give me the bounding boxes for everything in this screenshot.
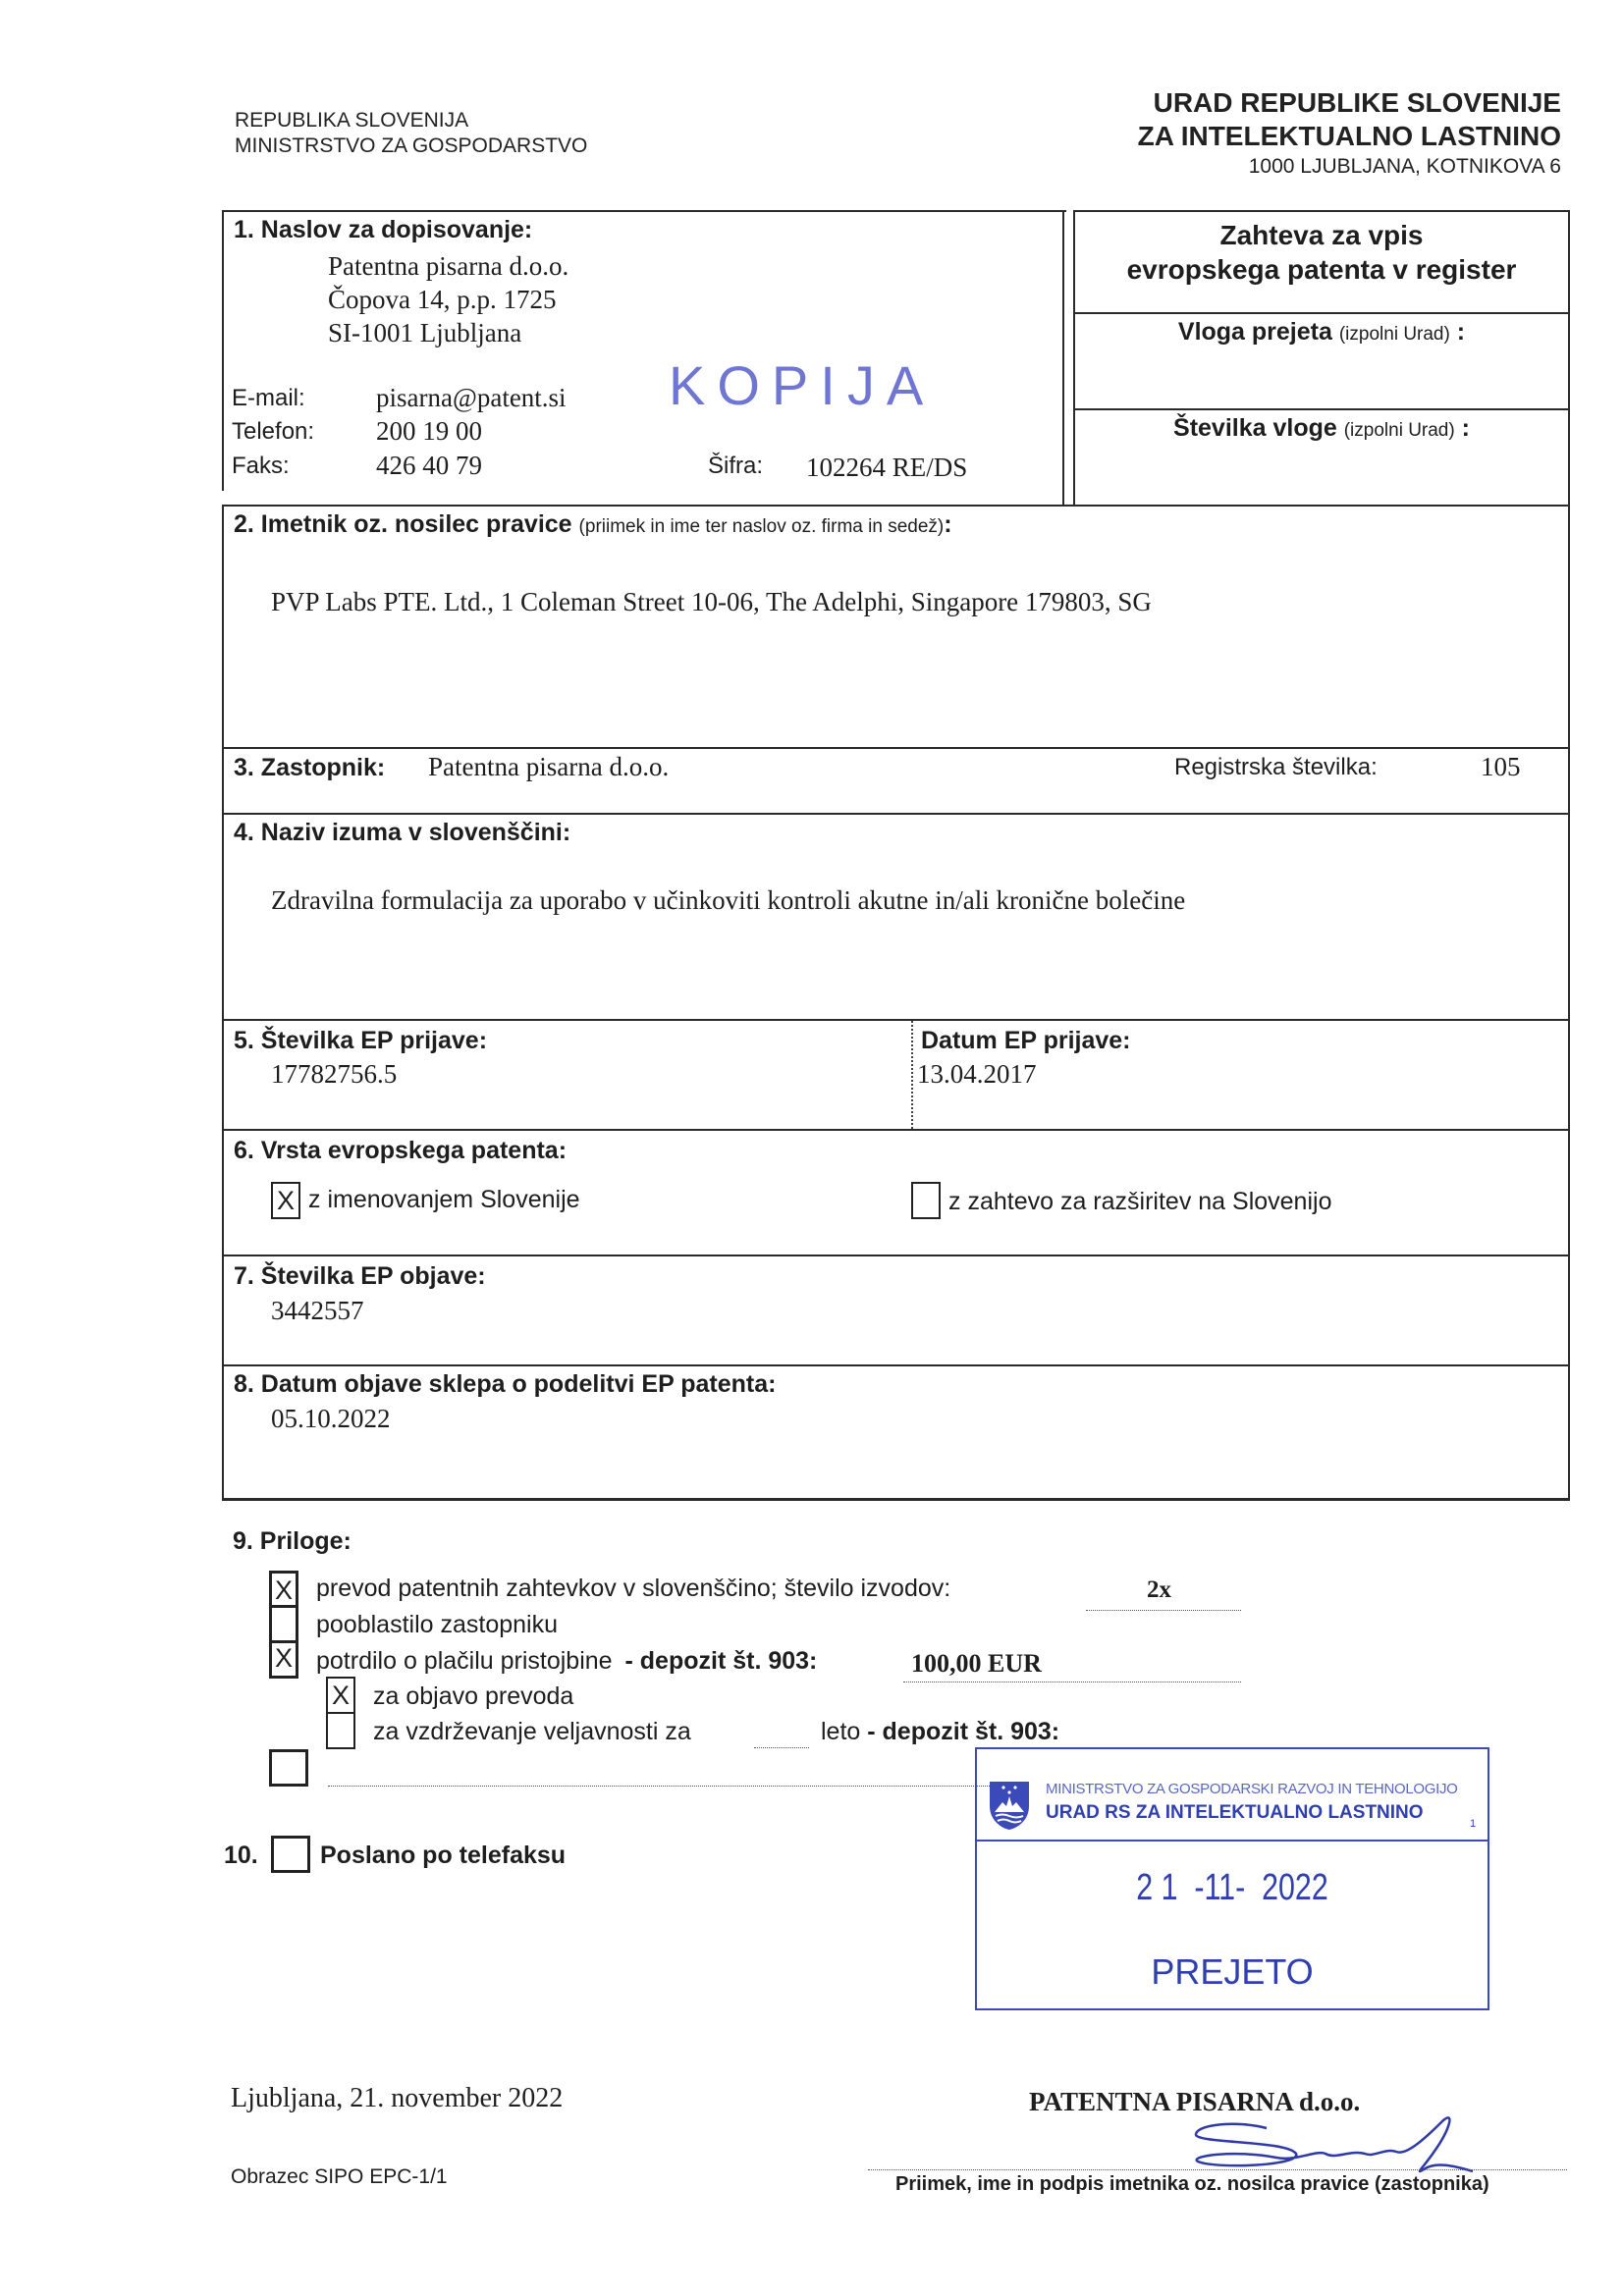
years-field[interactable] — [754, 1747, 809, 1748]
checkbox-designation-slovenia[interactable]: X — [271, 1182, 300, 1219]
office-name-line2: ZA INTELEKTUALNO LASTNINO — [1138, 120, 1561, 153]
place-and-date: Ljubljana, 21. november 2022 — [231, 2083, 563, 2114]
translation-publication-label: za objavo prevoda — [373, 1682, 573, 1711]
copy-stamp: KOPIJA — [669, 353, 935, 417]
application-number-field[interactable]: Številka vloge (izpolni Urad) : — [1075, 414, 1568, 443]
fee-deposit-label: - depozit št. 903: — [625, 1647, 818, 1675]
signature-caption: Priimek, ime in podpis imetnika oz. nosi… — [895, 2173, 1489, 2196]
section-2-note: (priimek in ime ter naslov oz. firma in … — [579, 516, 945, 537]
received-stamp: MINISTRSTVO ZA GOSPODARSKI RAZVOJ IN TEH… — [975, 1747, 1489, 2010]
ep-application-date: 13.04.2017 — [917, 1059, 1037, 1090]
republic-name: REPUBLIKA SLOVENIJA — [235, 108, 587, 133]
checkbox-other-attachment[interactable] — [269, 1749, 308, 1787]
power-of-attorney-label: pooblastilo zastopniku — [316, 1611, 558, 1639]
holder-value: PVP Labs PTE. Ltd., 1 Coleman Street 10-… — [271, 587, 1152, 617]
checkbox-validity-maintenance[interactable] — [326, 1712, 355, 1749]
registration-number-value: 105 — [1481, 752, 1521, 782]
ep-date-label: Datum EP prijave: — [921, 1027, 1131, 1055]
stamp-status: PREJETO — [977, 1951, 1488, 1993]
stamp-office: URAD RS ZA INTELEKTUALNO LASTNINO — [1046, 1802, 1424, 1824]
application-number-note: (izpolni Urad) — [1344, 420, 1455, 441]
stamp-ministry: MINISTRSTVO ZA GOSPODARSKI RAZVOJ IN TEH… — [1046, 1781, 1458, 1797]
section-7-label: 7. Številka EP objave: — [234, 1262, 486, 1291]
checkbox-power-of-attorney[interactable] — [269, 1606, 298, 1643]
email-value: pisarna@patent.si — [376, 383, 567, 413]
section-1-correspondence: 1. Naslov za dopisovanje: Patentna pisar… — [222, 210, 1066, 505]
section-3-label: 3. Zastopnik: — [234, 754, 385, 782]
address-line-1: Patentna pisarna d.o.o. — [328, 249, 568, 283]
email-label: E-mail: — [232, 385, 305, 412]
invention-title: Zdravilna formulacija za uporabo v učink… — [271, 885, 1185, 916]
checkbox-sent-by-fax[interactable] — [271, 1836, 310, 1873]
fee-payment-field: potrdilo o plačilu pristojbine - depozit… — [316, 1647, 817, 1676]
code-value: 102264 RE/DS — [806, 453, 967, 483]
section-4-label: 4. Naziv izuma v slovenščini: — [234, 819, 570, 847]
section-6-label: 6. Vrsta evropskega patenta: — [234, 1137, 567, 1165]
fax-label: Faks: — [232, 453, 290, 480]
ministry-name: MINISTRSTVO ZA GOSPODARSTVO — [235, 133, 587, 159]
office-use-box: Zahteva za vpis evropskega patenta v reg… — [1073, 210, 1570, 507]
stamp-received-date: 2 1 -11- 2022 — [1028, 1867, 1436, 1909]
address-line-3: SI-1001 Ljubljana — [328, 316, 568, 349]
ep-publication-number: 3442557 — [271, 1296, 364, 1326]
sent-by-fax-label: Poslano po telefaksu — [320, 1842, 566, 1870]
section-2-holder: 2. Imetnik oz. nosilec pravice (priimek … — [234, 510, 952, 539]
section-10-number: 10. — [224, 1842, 258, 1870]
office-name-line1: URAD REPUBLIKE SLOVENIJE — [1138, 86, 1561, 120]
validity-deposit: leto - depozit št. 903: — [821, 1718, 1059, 1746]
main-form-box: 2. Imetnik oz. nosilec pravice (priimek … — [222, 505, 1570, 1501]
copies-count: 2x — [1147, 1576, 1171, 1604]
address-line-2: Čopova 14, p.p. 1725 — [328, 283, 568, 316]
year-label: leto — [821, 1718, 860, 1745]
translation-claims-label: prevod patentnih zahtevkov v slovenščino… — [316, 1575, 950, 1603]
section-1-label: 1. Naslov za dopisovanje: — [234, 216, 532, 244]
received-field[interactable]: Vloga prejeta (izpolni Urad) : — [1075, 318, 1568, 347]
validity-maintenance-label: za vzdrževanje veljavnosti za — [373, 1718, 691, 1746]
section-2-label: 2. Imetnik oz. nosilec pravice — [234, 510, 572, 538]
application-number-label: Številka vloge — [1173, 414, 1337, 442]
phone-label: Telefon: — [232, 418, 314, 446]
section-5-label: 5. Številka EP prijave: — [234, 1027, 487, 1055]
option-designation-slovenia: z imenovanjem Slovenije — [308, 1186, 580, 1214]
grant-publication-date: 05.10.2022 — [271, 1404, 391, 1434]
other-attachment-field[interactable] — [328, 1786, 1015, 1787]
representative-value: Patentna pisarna d.o.o. — [428, 752, 669, 782]
office-header: URAD REPUBLIKE SLOVENIJE ZA INTELEKTUALN… — [1138, 86, 1561, 181]
option-extension-slovenia: z zahtevo za razširitev na Slovenijo — [948, 1188, 1331, 1216]
checkbox-extension-slovenia[interactable] — [911, 1182, 941, 1219]
received-note: (izpolni Urad) — [1339, 324, 1450, 345]
fee-amount: 100,00 EUR — [911, 1649, 1042, 1679]
fee-payment-label: potrdilo o plačilu pristojbine — [316, 1647, 613, 1675]
stamp-counter: 1 — [1470, 1818, 1476, 1830]
received-label: Vloga prejeta — [1178, 318, 1332, 346]
section-9-label: 9. Priloge: — [233, 1527, 352, 1556]
section-8-label: 8. Datum objave sklepa o podelitvi EP pa… — [234, 1370, 776, 1399]
validity-deposit-label: - depozit št. 903: — [867, 1718, 1059, 1745]
office-address: 1000 LJUBLJANA, KOTNIKOVA 6 — [1138, 153, 1561, 181]
coat-of-arms-icon — [987, 1779, 1032, 1832]
form-code: Obrazec SIPO EPC-1/1 — [231, 2165, 448, 2189]
correspondence-address: Patentna pisarna d.o.o. Čopova 14, p.p. … — [328, 249, 568, 349]
ep-application-number: 17782756.5 — [271, 1059, 397, 1090]
ministry-header: REPUBLIKA SLOVENIJA MINISTRSTVO ZA GOSPO… — [235, 108, 587, 159]
form-title-line1: Zahteva za vpis — [1075, 218, 1568, 252]
code-label: Šifra: — [708, 453, 763, 480]
fax-value: 426 40 79 — [376, 451, 482, 481]
phone-value: 200 19 00 — [376, 416, 482, 447]
form-title-line2: evropskega patenta v register — [1075, 252, 1568, 287]
registration-number-label: Registrska številka: — [1174, 754, 1378, 781]
form-title: Zahteva za vpis evropskega patenta v reg… — [1075, 218, 1568, 287]
checkbox-fee-payment[interactable]: X — [269, 1641, 298, 1679]
checkbox-translation-claims[interactable]: X — [269, 1571, 298, 1608]
checkbox-translation-publication[interactable]: X — [326, 1677, 355, 1714]
